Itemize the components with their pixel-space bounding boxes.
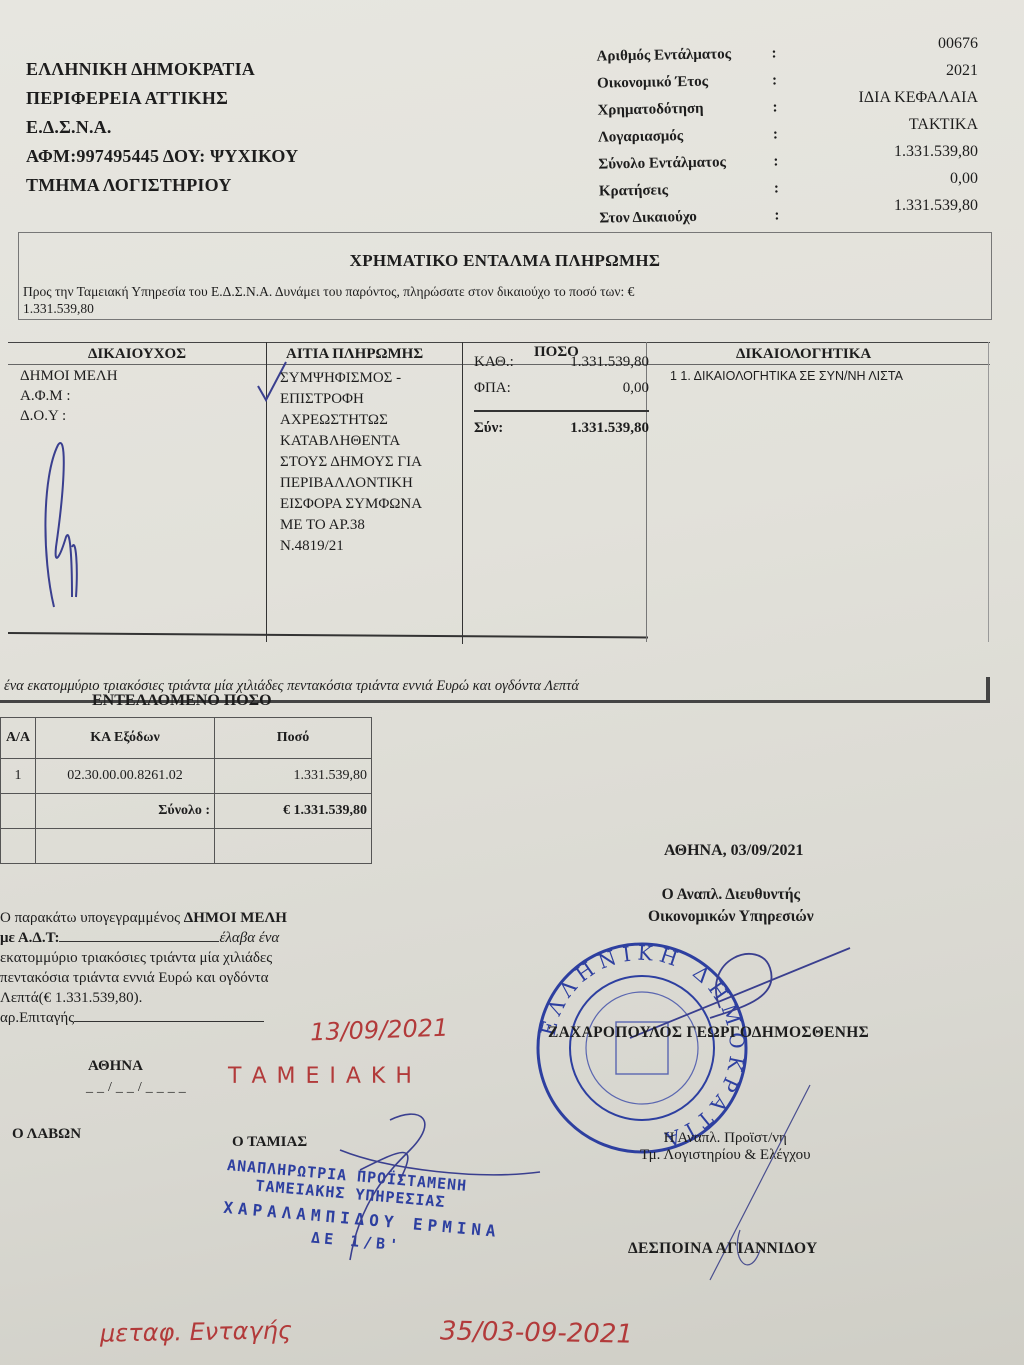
amount-value: 1.331.539,80 — [570, 420, 649, 437]
order-instruction: Προς την Ταμειακή Υπηρεσία του Ε.Δ.Σ.Ν.Α… — [23, 283, 634, 317]
grid-border — [8, 342, 990, 343]
director-title-line: Οικονομικών Υπηρεσιών — [648, 906, 814, 928]
beneficiary-header: ΔΙΚΑΙΟΥΧΟΣ — [88, 346, 186, 363]
meta-row: Αριθμός Εντάλματος: — [596, 40, 776, 70]
meta-sep: : — [773, 148, 778, 175]
handwritten-bottom-ref: 35/03-09-2021 — [440, 1316, 633, 1349]
reason-line: ΣΤΟΥΣ ΔΗΜΟΥΣ ΓΙΑ — [280, 452, 422, 473]
row-aa: 1 — [1, 759, 36, 794]
amount-label: Σύν: — [474, 420, 503, 437]
head-name: ΔΕΣΠΟΙΝΑ ΑΓΙΑΝΝΙΔΟΥ — [628, 1240, 817, 1258]
director-title: Ο Αναπλ. Διευθυντής Οικονομικών Υπηρεσιώ… — [648, 884, 814, 928]
reason-line: Ν.4819/21 — [280, 536, 422, 557]
table-spacer-row — [1, 829, 372, 864]
issuer-line: Ε.Δ.Σ.Ν.Α. — [26, 113, 298, 142]
cashier-label: Ο ΤΑΜΙΑΣ — [232, 1134, 307, 1151]
receipt-date-blank: __/__/____ — [86, 1080, 190, 1096]
meta-label: Χρηματοδότηση — [597, 96, 704, 125]
empty-cell — [36, 829, 215, 864]
row-amount: 1.331.539,80 — [215, 759, 372, 794]
receipt-text: έλαβα ένα — [219, 930, 279, 946]
reason-line: ΕΙΣΦΟΡΑ ΣΥΜΦΩΝΑ — [280, 494, 422, 515]
meta-row: Λογαριασμός: — [598, 121, 778, 151]
meta-sep: : — [772, 94, 777, 121]
issuer-line: ΠΕΡΙΦΕΡΕΙΑ ΑΤΤΙΚΗΣ — [26, 84, 298, 113]
order-instruction-amount: 1.331.539,80 — [23, 300, 634, 317]
meta-sep: : — [773, 121, 778, 148]
meta-row: Χρηματοδότηση: — [597, 94, 777, 124]
document-title: ΧΡΗΜΑΤΙΚΟ ΕΝΤΑΛΜΑ ΠΛΗΡΩΜΗΣ — [19, 251, 991, 271]
amount-row-vat: ΦΠΑ:0,00 — [474, 380, 649, 410]
check-number-field[interactable] — [74, 1021, 264, 1022]
meta-label: Οικονομικό Έτος — [597, 69, 708, 98]
col-amount: Ποσό — [215, 718, 372, 759]
meta-sep: : — [772, 67, 777, 94]
amount-row-net: ΚΑΘ.:1.331.539,80 — [474, 354, 649, 380]
order-meta-labels: Αριθμός Εντάλματος: Οικονομικό Έτος: Χρη… — [596, 40, 779, 232]
receipt-block: Ο παρακάτω υπογεγραμμένος ΔΗΜΟΙ ΜΕΛΗ με … — [0, 908, 370, 1028]
signature-mark — [36, 437, 86, 617]
total-value: € 1.331.539,80 — [215, 794, 372, 829]
fiscal-year: 2021 — [859, 57, 978, 84]
head-signature — [700, 1080, 820, 1290]
beneficiary-doy: Δ.Ο.Υ : — [20, 406, 118, 426]
issuer-line: ΕΛΛΗΝΙΚΗ ΔΗΜΟΚΡΑΤΙΑ — [26, 55, 298, 84]
grid-border — [988, 342, 989, 642]
order-meta-values: 00676 2021 ΙΔΙΑ ΚΕΦΑΛΑΙΑ ΤΑΚΤΙΚΑ 1.331.5… — [859, 30, 978, 219]
empty-cell — [215, 829, 372, 864]
meta-label: Λογαριασμός — [598, 123, 684, 151]
meta-row: Στον Δικαιούχο: — [599, 202, 779, 232]
amount-value: 0,00 — [623, 380, 649, 410]
beneficiary-name: ΔΗΜΟΙ ΜΕΛΗ — [20, 366, 118, 386]
receiver-label: Ο ΛΑΒΩΝ — [12, 1126, 81, 1143]
amount-label: ΚΑΘ.: — [474, 354, 514, 380]
receipt-line: με Α.Δ.Τ:έλαβα ένα — [0, 928, 370, 948]
funding: ΙΔΙΑ ΚΕΦΑΛΑΙΑ — [859, 84, 978, 111]
table-header-row: Α/Α ΚΑ Εξόδων Ποσό — [1, 718, 372, 759]
order-total: 1.331.539,80 — [859, 138, 978, 165]
receipt-line: Ο παρακάτω υπογεγραμμένος ΔΗΜΟΙ ΜΕΛΗ — [0, 908, 370, 928]
reason-header: ΑΙΤΙΑ ΠΛΗΡΩΜΗΣ — [286, 346, 423, 363]
amount-row-total: Σύν:1.331.539,80 — [474, 420, 649, 437]
meta-label: Κρατήσεις — [599, 177, 669, 205]
handwritten-bottom-note: μεταφ. Ενταγής — [100, 1316, 292, 1347]
beneficiary-afm: Α.Φ.Μ : — [20, 386, 118, 406]
entailed-amount-table: Α/Α ΚΑ Εξόδων Ποσό 1 02.30.00.00.8261.02… — [0, 717, 372, 864]
meta-label: Σύνολο Εντάλματος — [598, 149, 726, 178]
handwritten-note: ΤΑΜΕΙΑΚΗ — [228, 1064, 422, 1089]
meta-row: Οικονομικό Έτος: — [597, 67, 777, 97]
beneficiary-cell: ΔΗΜΟΙ ΜΕΛΗ Α.Φ.Μ : Δ.Ο.Υ : — [20, 366, 118, 426]
reason-line: ΜΕ ΤΟ ΑΡ.38 — [280, 515, 422, 536]
order-instruction-line: Προς την Ταμειακή Υπηρεσία του Ε.Δ.Σ.Ν.Α… — [23, 283, 634, 300]
empty-cell — [1, 794, 36, 829]
receipt-line: πεντακόσια τριάντα εννιά Ευρώ και ογδόντ… — [0, 968, 370, 988]
receipt-beneficiary: ΔΗΜΟΙ ΜΕΛΗ — [184, 910, 287, 926]
reason-line: ΚΑΤΑΒΛΗΘΕΝΤΑ — [280, 431, 422, 452]
details-grid: ΔΙΚΑΙΟΥΧΟΣ ΔΗΜΟΙ ΜΕΛΗ Α.Φ.Μ : Δ.Ο.Υ : ΑΙ… — [8, 342, 990, 642]
total-label: Σύνολο : — [36, 794, 215, 829]
director-title-line: Ο Αναπλ. Διευθυντής — [648, 884, 814, 906]
meta-sep: : — [774, 202, 779, 229]
col-code: ΚΑ Εξόδων — [36, 718, 215, 759]
table-row: 1 02.30.00.00.8261.02 1.331.539,80 — [1, 759, 372, 794]
handwritten-date: 13/09/2021 — [310, 1014, 449, 1047]
receipt-line: Λεπτά(€ 1.331.539,80). — [0, 988, 370, 1008]
reason-line: ΠΕΡΙΒΑΛΛΟΝΤΙΚΗ — [280, 473, 422, 494]
meta-label: Αριθμός Εντάλματος — [596, 41, 731, 70]
documents-header: ΔΙΚΑΙΟΛΟΓΗΤΙΚΑ — [736, 346, 871, 363]
documents-item: 1 1. ΔΙΚΑΙΟΛΟΓΗΤΙΚΑ ΣΕ ΣΥΝ/ΝΗ ΛΙΣΤΑ — [670, 366, 903, 387]
issuer-block: ΕΛΛΗΝΙΚΗ ΔΗΜΟΚΡΑΤΙΑ ΠΕΡΙΦΕΡΕΙΑ ΑΤΤΙΚΗΣ Ε… — [26, 55, 298, 200]
reason-line: ΑΧΡΕΩΣΤΗΤΩΣ — [280, 410, 422, 431]
empty-cell — [1, 829, 36, 864]
order-number: 00676 — [859, 30, 978, 57]
meta-row: Κρατήσεις: — [599, 175, 779, 205]
grid-border — [8, 632, 648, 638]
amount-in-words-text: ένα εκατομμύριο τριακόσιες τριάντα μία χ… — [4, 678, 579, 694]
cashier-signature — [300, 1110, 560, 1280]
reason-cell: ΣΥΜΨΗΦΙΣΜΟΣ - ΕΠΙΣΤΡΟΦΗ ΑΧΡΕΩΣΤΗΤΩΣ ΚΑΤΑ… — [280, 368, 422, 557]
grid-border — [462, 342, 463, 644]
check-number-label: αρ.Επιταγής — [0, 1010, 74, 1026]
issuer-line: ΑΦΜ:997495445 ΔΟΥ: ΨΥΧΙΚΟΥ — [26, 142, 298, 171]
amount-divider — [474, 410, 649, 420]
to-beneficiary: 1.331.539,80 — [859, 192, 978, 219]
receipt-text: Ο παρακάτω υπογεγραμμένος — [0, 910, 180, 926]
documents-cell: 1 1. ΔΙΚΑΙΟΛΟΓΗΤΙΚΑ ΣΕ ΣΥΝ/ΝΗ ΛΙΣΤΑ — [670, 366, 903, 387]
deductions: 0,00 — [859, 165, 978, 192]
reason-line: ΕΠΙΣΤΡΟΦΗ — [280, 389, 422, 410]
receipt-place: ΑΘΗΝΑ — [88, 1058, 143, 1075]
amount-value: 1.331.539,80 — [570, 354, 649, 380]
table-total-row: Σύνολο : € 1.331.539,80 — [1, 794, 372, 829]
receipt-line: εκατομμύριο τριακόσιες τριάντα μία χιλιά… — [0, 948, 370, 968]
entailed-amount-title: ΕΝΤΕΛΛΟΜΕΝΟ ΠΟΣΟ — [92, 692, 272, 710]
meta-sep: : — [771, 40, 776, 67]
id-blank-field[interactable] — [59, 941, 219, 942]
col-aa: Α/Α — [1, 718, 36, 759]
reason-line: ΣΥΜΨΗΦΙΣΜΟΣ - — [280, 368, 422, 389]
payment-order-box: ΧΡΗΜΑΤΙΚΟ ΕΝΤΑΛΜΑ ΠΛΗΡΩΜΗΣ Προς την Ταμε… — [18, 232, 992, 320]
director-name: ΖΑΧΑΡΟΠΟΥΛΟΣ ΓΕΩΡΓΟΔΗΜΟΣΘΕΝΗΣ — [548, 1024, 869, 1042]
receipt-id-label: με Α.Δ.Τ: — [0, 930, 59, 946]
account: ΤΑΚΤΙΚΑ — [859, 111, 978, 138]
issuer-line: ΤΜΗΜΑ ΛΟΓΙΣΤΗΡΙΟΥ — [26, 171, 298, 200]
issue-place-date: ΑΘΗΝΑ, 03/09/2021 — [664, 842, 804, 860]
meta-row: Σύνολο Εντάλματος: — [598, 148, 778, 178]
meta-sep: : — [774, 175, 779, 202]
amount-label: ΦΠΑ: — [474, 380, 511, 410]
meta-label: Στον Δικαιούχο — [599, 204, 697, 233]
amount-cell: ΚΑΘ.:1.331.539,80 ΦΠΑ:0,00 Σύν:1.331.539… — [474, 354, 649, 437]
row-code: 02.30.00.00.8261.02 — [36, 759, 215, 794]
